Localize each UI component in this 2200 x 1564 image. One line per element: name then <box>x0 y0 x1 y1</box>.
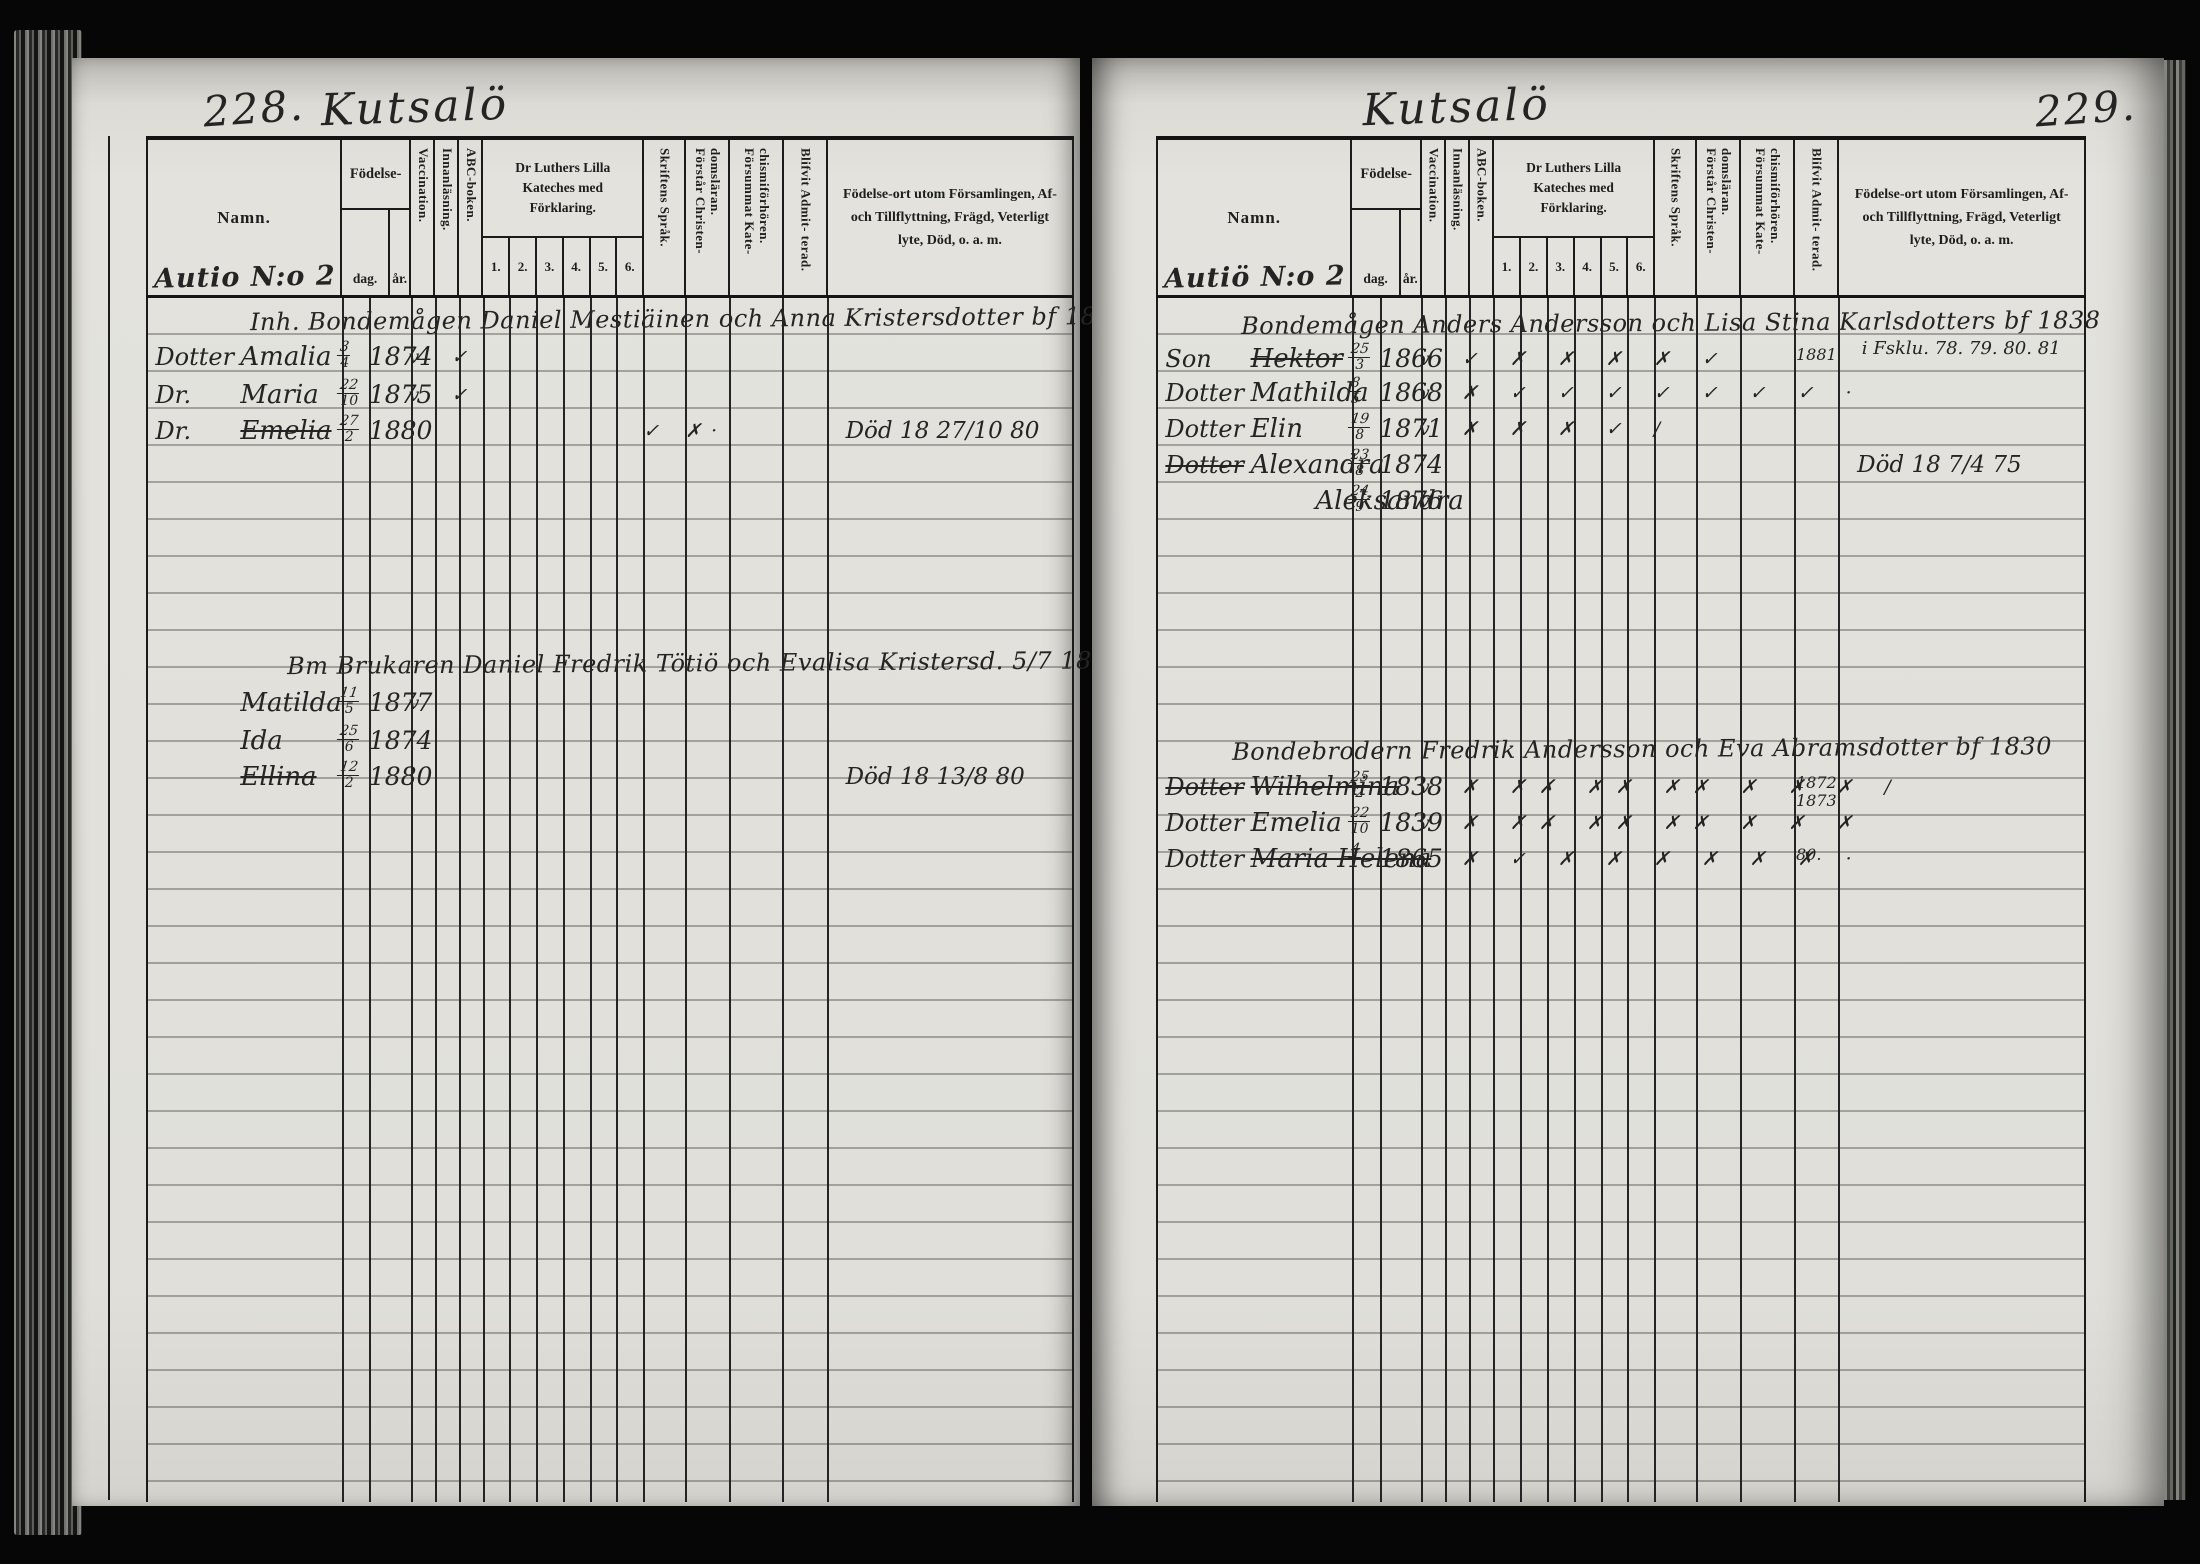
person-name: Amalia <box>240 338 331 376</box>
relation-prefix: Dotter <box>1165 374 1244 412</box>
col-katekes-label: Dr Luthers Lilla Kateches med Förklaring… <box>1494 140 1653 238</box>
death-note: Död 18 7/4 75 <box>1857 446 2022 484</box>
col-vaccination-label: Vaccination. <box>1425 148 1440 223</box>
col-forsummat-katechismiforhoren: Försummat Kate- chismiförhören. <box>730 140 784 295</box>
col-fodelseort-label: Födelse-ort utom Församlingen, Af- och T… <box>842 183 1058 252</box>
register-page-right: Kutsalö 229. Namn. Autiö N:o 2 Födelse- … <box>1092 58 2164 1506</box>
death-note: Död 18 27/10 80 <box>846 412 1040 450</box>
col-namn: Namn. Autiö N:o 2 <box>1158 140 1352 295</box>
col-k4: 4. <box>1575 238 1602 295</box>
family-header-row: Bm Brukaren Daniel Fredrik Tötiö och Eva… <box>148 644 1072 682</box>
family-line: Bondebrodern Fredrik Andersson och Eva A… <box>1232 727 2052 771</box>
record-row: Aleksandra 249 1876 v <box>1158 482 2084 520</box>
section-label: Autiö N:o 2 <box>1164 260 1346 294</box>
relation-prefix: Dotter <box>155 338 234 376</box>
birth-day: 122 <box>338 760 360 790</box>
col-innanlasning: Innanläsning. <box>435 140 459 295</box>
col-forsummat-katechismiforhoren: Försummat Kate- chismiförhören. <box>1741 140 1795 295</box>
birth-day: 2210 <box>338 378 360 408</box>
margin-rule <box>108 136 110 1500</box>
person-name: Maria <box>240 376 318 414</box>
page-number: 229. <box>2034 81 2139 137</box>
col-skriftens-sprak: Skriftens Språk. <box>644 140 686 295</box>
col-blifvit-admitterad: Blifvit Admit- terad. <box>784 140 828 295</box>
check-marks: v ✓ ✗ ✗ ✗ ✗ ✓ <box>1419 340 1731 378</box>
page-title-village: Kutsalö <box>293 78 537 137</box>
col-vaccination-label: Vaccination. <box>415 148 430 223</box>
col-forstar-label: Förstår Christen- domsläran. <box>692 148 722 295</box>
col-k6: 6. <box>617 238 642 295</box>
check-marks: v ✗ ✗ ✗ ✓ / <box>1419 410 1673 448</box>
col-k1: 1. <box>1494 238 1521 295</box>
col-blifvit-admitterad: Blifvit Admit- terad. <box>1795 140 1839 295</box>
col-k6: 6. <box>1628 238 1653 295</box>
col-vaccination: Vaccination. <box>411 140 435 295</box>
person-name: Elin <box>1251 410 1303 448</box>
birth-day: 4 <box>1349 842 1362 858</box>
birth-day: 256 <box>338 724 360 754</box>
family-header-row: Bondebrodern Fredrik Andersson och Eva A… <box>1158 730 2084 768</box>
col-innanlasning-label: Innanläsning. <box>1450 148 1465 231</box>
col-abc-boken: ABC-boken. <box>1470 140 1494 295</box>
col-fodelse: Födelse- dag. år. <box>1352 140 1421 295</box>
col-k4: 4. <box>564 238 591 295</box>
col-k3: 3. <box>1548 238 1575 295</box>
col-ar-label: år. <box>1401 210 1420 295</box>
col-forstar-christendomslaran: Förstår Christen- domsläran. <box>686 140 730 295</box>
check-marks: v ✗ ✓ ✓ ✓ ✓ ✓ ✓ ✓ · <box>1419 374 1865 412</box>
birth-day: 249 <box>1349 484 1371 514</box>
col-katekes: Dr Luthers Lilla Kateches med Förklaring… <box>483 140 644 295</box>
person-name: Emelia <box>240 412 331 450</box>
table-body: Inh. Bondemågen Daniel Mestiäinen och An… <box>146 298 1074 1502</box>
check-marks: v ✓ <box>409 338 481 376</box>
col-skriftens-sprak-label: Skriftens Språk. <box>656 148 671 247</box>
col-fodelseort: Födelse-ort utom Församlingen, Af- och T… <box>828 140 1072 295</box>
col-abc-boken: ABC-boken. <box>459 140 483 295</box>
check-marks: v <box>1419 482 1443 520</box>
admitted-year: 80. <box>1796 846 1839 864</box>
birth-year: 1874 <box>1379 446 1443 484</box>
record-row: Dr. Maria 2210 1875 v ✓ <box>148 376 1072 414</box>
person-name: Ellina <box>240 758 316 796</box>
birth-year: 1880 <box>369 758 433 796</box>
record-row: Matilda 115 1877 v <box>148 684 1072 722</box>
col-fodelse-label: Födelse- <box>1352 140 1419 210</box>
col-k2: 2. <box>1521 238 1548 295</box>
birth-day: 238 <box>1349 448 1371 478</box>
col-ar-label: år. <box>390 210 409 295</box>
col-forstar-label: Förstår Christen- domsläran. <box>1703 148 1733 295</box>
col-dag-label: dag. <box>1352 210 1400 295</box>
record-row: Son Hektor 253 1866 v ✓ ✗ ✗ ✗ ✗ ✓ 1881 <box>1158 340 2084 378</box>
record-row: Dotter Alexandra 238 1874 Död 18 7/4 75 <box>1158 446 2084 484</box>
section-label: Autio N:o 2 <box>153 260 335 294</box>
relation-prefix: Dotter <box>1165 768 1244 806</box>
check-marks: v ✗ ✗✗ ✗✗ ✗✗ ✗ ✗ ✗ <box>1419 804 1865 842</box>
col-admitterad-label: Blifvit Admit- terad. <box>797 148 812 272</box>
col-forsummat-label: Försummat Kate- chismiförhören. <box>741 148 771 295</box>
birth-year: 1874 <box>369 722 433 760</box>
register-page-left: 228. Kutsalö Namn. Autio N:o 2 Födelse- … <box>72 58 1080 1506</box>
col-forsummat-label: Försummat Kate- chismiförhören. <box>1752 148 1782 295</box>
birth-day: 34 <box>338 340 351 370</box>
col-katekes-label: Dr Luthers Lilla Kateches med Förklaring… <box>483 140 642 238</box>
check-marks: ✓ ✗· <box>643 412 727 450</box>
birth-day: 115 <box>338 686 360 716</box>
birth-day: 198 <box>1349 412 1371 442</box>
col-k3: 3. <box>537 238 564 295</box>
col-dag-label: dag. <box>342 210 390 295</box>
col-innanlasning: Innanläsning. <box>1446 140 1470 295</box>
person-name: Hektor <box>1251 340 1343 378</box>
check-marks: v ✓ <box>409 376 481 414</box>
page-head: 228. Kutsalö <box>72 58 1080 136</box>
record-row: Ida 256 1874 <box>148 722 1072 760</box>
record-row: Dotter Maria Helena 4 1865 v ✗ ✓ ✗ ✗ ✗ ✗… <box>1158 840 2084 878</box>
person-name: Matilda <box>240 684 341 722</box>
col-k2: 2. <box>510 238 537 295</box>
col-skriftens-sprak: Skriftens Språk. <box>1655 140 1697 295</box>
birth-day: 85 <box>1349 376 1362 406</box>
col-abc-boken-label: ABC-boken. <box>1474 148 1489 222</box>
record-row: Dotter Mathilda 85 1868 v ✗ ✓ ✓ ✓ ✓ ✓ ✓ … <box>1158 374 2084 412</box>
col-namn: Namn. Autio N:o 2 <box>148 140 342 295</box>
check-marks: v <box>409 684 433 722</box>
col-skriftens-sprak-label: Skriftens Språk. <box>1668 148 1683 247</box>
record-row: Ellina 122 1880 Död 18 13/8 80 <box>148 758 1072 796</box>
record-row: Dotter Emelia 2210 1839 v ✗ ✗✗ ✗✗ ✗✗ ✗ ✗… <box>1158 804 2084 842</box>
birth-day: 272 <box>338 414 360 444</box>
page-head: Kutsalö 229. <box>1092 58 2164 136</box>
table-body: Bondemågen Anders Andersson och Lisa Sti… <box>1156 298 2086 1502</box>
record-row: Dotter Elin 198 1871 v ✗ ✗ ✗ ✓ / <box>1158 410 2084 448</box>
table-header: Namn. Autio N:o 2 Födelse- dag. år. Vacc… <box>146 140 1074 298</box>
col-namn-label: Namn. <box>1227 208 1281 228</box>
death-note: Död 18 13/8 80 <box>846 758 1025 796</box>
relation-prefix: Dr. <box>155 376 191 414</box>
birth-day: 2210 <box>1349 806 1371 836</box>
col-admitterad-label: Blifvit Admit- terad. <box>1809 148 1824 272</box>
birth-year: 1880 <box>369 412 433 450</box>
col-vaccination: Vaccination. <box>1422 140 1446 295</box>
page-title-village: Kutsalö <box>1327 78 1586 138</box>
person-name: Emelia <box>1251 804 1342 842</box>
person-name: Ida <box>240 722 282 760</box>
col-k1: 1. <box>483 238 510 295</box>
col-forstar-christendomslaran: Förstår Christen- domsläran. <box>1697 140 1741 295</box>
col-k5: 5. <box>1602 238 1629 295</box>
col-k5: 5. <box>591 238 618 295</box>
relation-prefix: Dotter <box>1165 410 1244 448</box>
col-innanlasning-label: Innanläsning. <box>439 148 454 231</box>
birth-day: 252 <box>1349 770 1371 800</box>
table-header: Namn. Autiö N:o 2 Födelse- dag. år. Vacc… <box>1156 140 2086 298</box>
admitted-year: 1881 <box>1796 346 1839 364</box>
col-fodelse: Födelse- dag. år. <box>342 140 411 295</box>
col-abc-boken-label: ABC-boken. <box>463 148 478 222</box>
relation-prefix: Dr. <box>155 412 191 450</box>
relation-prefix: Son <box>1165 340 1211 378</box>
family-line: Inh. Bondemågen Daniel Mestiäinen och An… <box>250 297 1128 341</box>
birth-day: 253 <box>1349 342 1371 372</box>
col-fodelse-label: Födelse- <box>342 140 409 210</box>
register-table: Namn. Autiö N:o 2 Födelse- dag. år. Vacc… <box>1156 136 2086 1502</box>
family-header-row: Inh. Bondemågen Daniel Mestiäinen och An… <box>148 300 1072 338</box>
col-namn-label: Namn. <box>217 208 271 228</box>
record-row: Dotter Amalia 34 1874 v ✓ <box>148 338 1072 376</box>
record-row: Dr. Emelia 272 1880 ✓ ✗· Död 18 27/10 80 <box>148 412 1072 450</box>
record-row: Dotter Wilhelmina 252 1838 v ✗ ✗✗ ✗✗ ✗✗ … <box>1158 768 2084 806</box>
col-fodelseort-label: Födelse-ort utom Församlingen, Af- och T… <box>1853 183 2069 252</box>
person-name: Wilhelmina <box>1251 768 1400 806</box>
col-fodelseort: Födelse-ort utom Församlingen, Af- och T… <box>1839 140 2083 295</box>
relation-prefix: Dotter <box>1165 840 1244 878</box>
register-table: Namn. Autio N:o 2 Födelse- dag. år. Vacc… <box>146 136 1074 1502</box>
family-line: Bm Brukaren Daniel Fredrik Tötiö och Eva… <box>286 641 1178 685</box>
relation-prefix: Dotter <box>1165 804 1244 842</box>
relation-prefix: Dotter <box>1165 446 1244 484</box>
col-katekes: Dr Luthers Lilla Kateches med Förklaring… <box>1494 140 1655 295</box>
page-number: 228. <box>201 81 306 137</box>
